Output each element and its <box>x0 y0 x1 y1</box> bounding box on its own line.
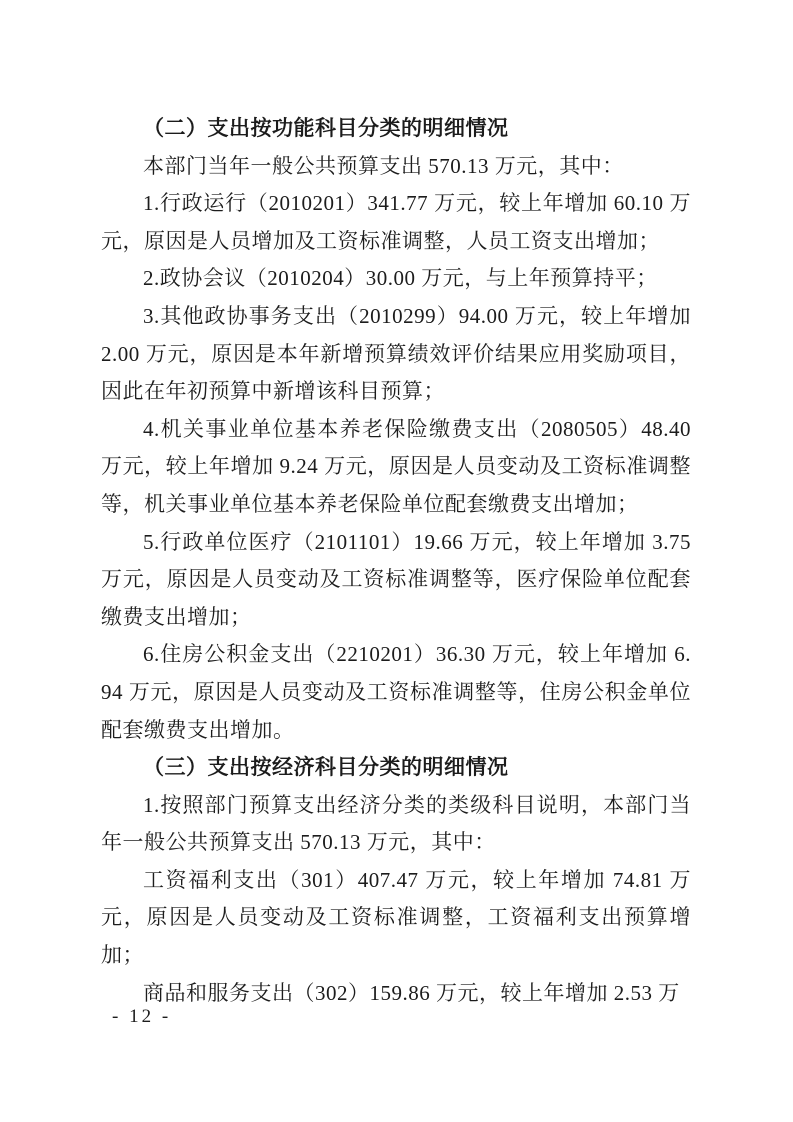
paragraph-total-functional: 本部门当年一般公共预算支出 570.13 万元，其中： <box>101 148 691 186</box>
section-heading-economic: （三）支出按经济科目分类的明细情况 <box>101 749 691 787</box>
paragraph-total-economic: 1.按照部门预算支出经济分类的类级科目说明，本部门当年一般公共预算支出 570.… <box>101 787 691 862</box>
paragraph-item-4-pension-insurance: 4.机关事业单位基本养老保险缴费支出（2080505）48.40 万元，较上年增… <box>101 411 691 524</box>
paragraph-item-6-housing-fund: 6.住房公积金支出（2210201）36.30 万元，较上年增加 6.94 万元… <box>101 636 691 749</box>
paragraph-item-5-medical: 5.行政单位医疗（2101101）19.66 万元，较上年增加 3.75 万元，… <box>101 524 691 637</box>
paragraph-item-3-other-cppcc-affairs: 3.其他政协事务支出（2010299）94.00 万元，较上年增加 2.00 万… <box>101 298 691 411</box>
page-number: - 12 - <box>112 1003 171 1031</box>
paragraph-goods-services: 商品和服务支出（302）159.86 万元，较上年增加 2.53 万 <box>101 975 691 1013</box>
document-page: （二）支出按功能科目分类的明细情况 本部门当年一般公共预算支出 570.13 万… <box>0 0 793 1122</box>
document-body: （二）支出按功能科目分类的明细情况 本部门当年一般公共预算支出 570.13 万… <box>101 110 691 1012</box>
paragraph-item-1-administrative-operation: 1.行政运行（2010201）341.77 万元，较上年增加 60.10 万元，… <box>101 185 691 260</box>
paragraph-item-2-cppcc-meetings: 2.政协会议（2010204）30.00 万元，与上年预算持平； <box>101 260 691 298</box>
paragraph-salary-welfare: 工资福利支出（301）407.47 万元，较上年增加 74.81 万元，原因是人… <box>101 862 691 975</box>
section-heading-functional: （二）支出按功能科目分类的明细情况 <box>101 110 691 148</box>
